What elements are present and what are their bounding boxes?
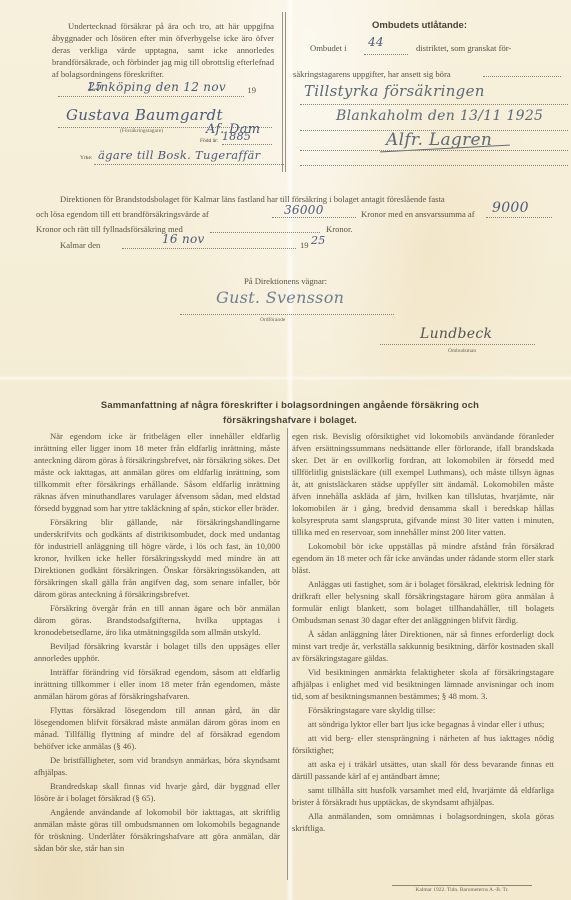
chairman-signature: Gust. Svensson Ordförande [180,290,394,320]
direktion-line3-a: Kronor och rätt till fyllnadsförsäkring … [36,223,183,235]
liability-sum-handwritten: 9000 [492,202,529,214]
summary-paragraph: att söndriga lyktor eller bart ljus icke… [292,718,554,730]
direktion-year-prefix: 19 [300,239,309,251]
summary-title-line1: Sammanfattning af några föreskrifter i b… [40,397,540,412]
born-label: Född år: [200,138,219,144]
printer-imprint: Kalmar 1922. Tidn. Barometerns A.-B. Tr. [392,885,532,893]
applicant-signature-handwritten: Gustava Baumgardt [66,106,223,124]
summary-title-line2: försäkringshafvare i bolaget. [40,412,540,427]
ombud-signature-dotline [300,150,568,151]
summary-title: Sammanfattning af några föreskrifter i b… [40,397,540,427]
ombud-line2-dotline [483,76,561,77]
summary-right-column: egen risk. Bevislig oförsiktighet vid lo… [292,430,554,836]
ombudsman-dotline [380,344,535,345]
summary-paragraph: Inträffar förändring vid försäkrad egend… [34,666,280,702]
declaration-paragraph: Undertecknad försäkrar på ära och tro, a… [52,20,274,80]
summary-paragraph-continued: egen risk. Bevislig oförsiktighet vid lo… [292,430,554,538]
supplementary-dotline [210,232,320,233]
declaration-text: Undertecknad försäkrar på ära och tro, a… [52,20,274,80]
direktion-line3-b: Kronor. [326,223,353,235]
column-divider-top-double [285,12,286,172]
summary-paragraph: Brandredskap skall finnas vid hvarje går… [34,780,280,804]
summary-paragraph: Angående användande af lokomobil bör iak… [34,806,280,854]
summary-paragraph: Vid besiktningen anmärkta felaktigheter … [292,666,554,702]
summary-paragraph: att aska ej i träkärl utsättes, utan ska… [292,758,554,782]
summary-left-column: När egendom icke är fritbelägen eller in… [34,430,280,856]
kalmar-den-label: Kalmar den [60,239,100,251]
direktion-line4: Kalmar den 16 nov 19 25 [60,239,360,253]
recommendation-dotline [300,104,568,105]
direktion-signoff: På Direktionens vägnar: [0,275,571,287]
summary-paragraph: Lokomobil bör icke uppställas på mindre … [292,540,554,576]
fold-crease-horizontal [0,375,571,381]
summary-paragraph: Försäkring blir gällande, när försäkring… [34,516,280,600]
direktion-line3: Kronor och rätt till fyllnadsförsäkring … [36,223,554,237]
summary-paragraph: De bristfälligheter, som vid brandsyn an… [34,754,280,778]
ombud-line2-text: säkringstagarens uppgifter, har ansett s… [293,69,451,79]
chairman-label: Ordförande [260,317,285,323]
summary-paragraph: att vid berg- eller stensprängning i när… [292,732,554,756]
direktion-line2: och lösa egendom till ett brandförsäkrin… [36,208,554,222]
direktion-year-handwritten: 25 [311,235,326,247]
district-dotline [364,54,408,55]
chairman-signature-handwritten: Gust. Svensson [216,288,344,307]
summary-paragraph: Försäkring övergår från en till annan äg… [34,602,280,638]
place-date-dotline [58,96,244,97]
direktion-date-handwritten: 16 nov [162,233,205,245]
liability-sum-dotline [486,217,552,218]
ombud-line1-suffix: distriktet, som granskat för- [416,42,511,54]
chairman-dotline [180,314,394,315]
ombud-place-date-handwritten: Blankaholm den 13/11 1925 [336,108,543,124]
recommendation-handwritten: Tillstyrka försäkringen [304,82,485,100]
insurance-value-dotline [272,217,356,218]
summary-paragraph: Anläggas uti fastighet, som är i bolaget… [292,578,554,626]
born-handwritten: 1885 [222,130,251,143]
insurance-value-handwritten: 36000 [284,204,324,216]
summary-paragraph: Alla anmälanden, som omnämnas i bolagsor… [292,810,554,834]
occupation-dotline [94,164,286,165]
summary-paragraph: Försäkringstagare vare skyldig tillse: [292,704,554,716]
ombud-line2: säkringstagarens uppgifter, har ansett s… [293,68,451,80]
ombudsman-signature: Lundbeck Ombudsman [380,330,535,360]
column-divider-bottom [287,428,288,880]
born-dotline [222,144,272,145]
signature-label: (Försäkringstagare) [120,128,163,134]
summary-paragraph: Å sådan anläggning låter Direktionen, nä… [292,628,554,664]
summary-paragraph: samt tillhålla sitt husfolk varsamhet me… [292,784,554,808]
occupation-label: Yrke: [80,155,93,161]
ombud-title: Ombudets utlåtande: [372,20,467,31]
direktion-line2-a: och lösa egendom till ett brandförsäkrin… [36,208,209,220]
ombud-end-dotline [300,165,568,166]
direktion-date-dotline [122,248,296,249]
summary-paragraph: Flyttas försäkrad lösegendom till annan … [34,704,280,752]
place-date-field: Linköping den 12 nov 19 25 [58,84,270,102]
column-divider-top [282,12,283,172]
ombudsman-signature-handwritten: Lundbeck [420,326,492,342]
summary-paragraph: När egendom icke är fritbelägen eller in… [34,430,280,514]
occupation-handwritten: ägare till Bosk. Tugeraffär [98,148,260,162]
direktion-line2-b: Kronor med en ansvarssumma af [361,208,475,220]
ombud-line1-prefix: Ombudet i [310,42,347,54]
year-handwritten: 25 [88,80,276,93]
ombudsman-label: Ombudsman [448,348,476,354]
district-number-handwritten: 44 [368,36,384,48]
summary-paragraph: Beviljad försäkring kvarstår i bolaget t… [34,640,280,664]
